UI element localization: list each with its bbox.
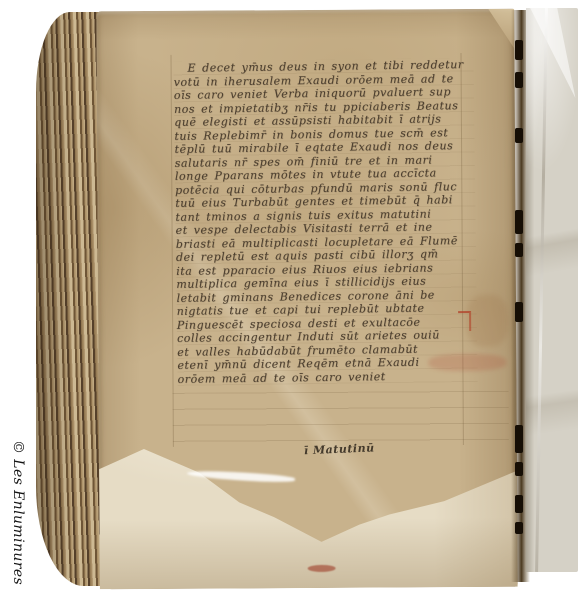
copyright-watermark: © Les Enluminures: [8, 440, 26, 600]
facing-page-vertical-crease: [535, 8, 548, 572]
sewing-hole: [515, 425, 523, 453]
red-ink-mark: [458, 311, 471, 331]
red-ink-ghost: [428, 354, 506, 371]
sewing-hole: [515, 522, 523, 534]
sewing-hole: [515, 495, 523, 513]
parchment-page: E decet ym̄us deus in syon et tibi redde…: [96, 9, 518, 590]
manuscript-photo: © Les Enluminures E decet ym̄us deus in …: [0, 0, 578, 600]
sewing-hole: [515, 462, 523, 476]
page-edges-stack: [36, 12, 102, 586]
ink-showthrough: [466, 295, 508, 347]
sewing-hole: [515, 210, 523, 234]
facing-page: [526, 8, 578, 572]
sewing-hole: [515, 302, 523, 322]
sewing-hole: [515, 40, 523, 60]
sewing-hole: [515, 72, 523, 88]
facing-page-fold-crease: [526, 8, 578, 98]
sewing-hole: [515, 128, 523, 143]
rubric-annotation: ī Matutinū: [304, 441, 375, 457]
psalm-text-block: E decet ym̄us deus in syon et tibi redde…: [173, 58, 477, 386]
sewing-hole: [515, 243, 523, 257]
